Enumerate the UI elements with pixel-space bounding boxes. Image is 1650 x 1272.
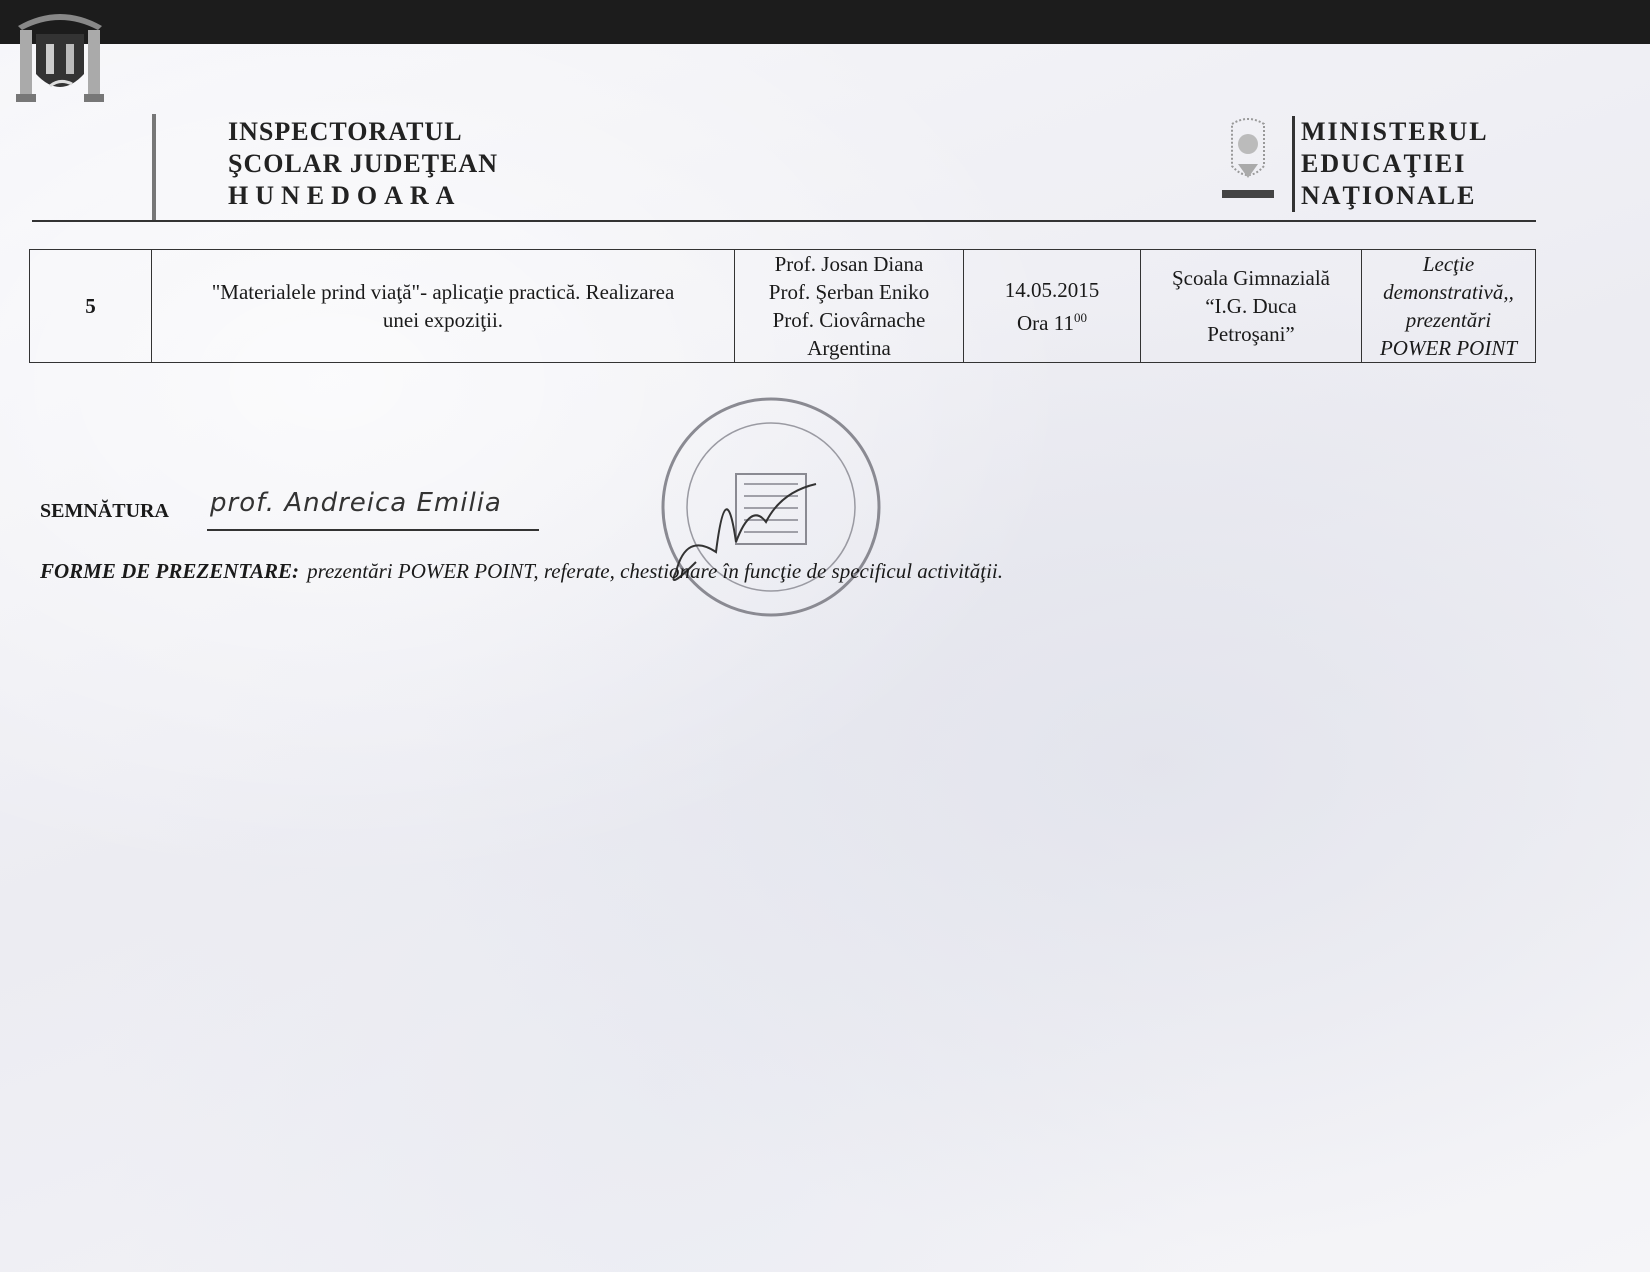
type-line: prezentări xyxy=(1366,306,1531,334)
cell-professors: Prof. Josan Diana Prof. Şerban Eniko Pro… xyxy=(735,250,964,363)
isj-hunedoara-crest-icon xyxy=(10,4,110,104)
cell-activity-type: Lecţie demonstrativă,, prezentări POWER … xyxy=(1362,250,1536,363)
cell-school: Şcoala Gimnazială “I.G. Duca Petroşani” xyxy=(1141,250,1362,363)
professor-line: Prof. Şerban Eniko xyxy=(739,278,959,306)
men-title-line3: NAŢIONALE xyxy=(1301,180,1489,212)
isj-title-line2: ŞCOLAR JUDEŢEAN xyxy=(228,148,498,180)
activity-table: 5 "Materialele prind viaţă"- aplicaţie p… xyxy=(29,249,1536,363)
time-minutes: 00 xyxy=(1074,310,1087,325)
men-title: MINISTERUL EDUCAŢIEI NAŢIONALE xyxy=(1292,116,1489,212)
romania-coat-of-arms-icon xyxy=(1218,114,1278,210)
signature-line xyxy=(207,529,539,531)
activity-title-line1: "Materialele prind viaţă"- aplicaţie pra… xyxy=(156,278,730,306)
handwritten-signature: prof. Andreica Emilia xyxy=(210,488,502,518)
type-line: POWER POINT xyxy=(1366,334,1531,362)
professor-line: Prof. Josan Diana xyxy=(739,250,959,278)
school-line: Şcoala Gimnazială xyxy=(1145,264,1357,292)
signature-label: SEMNĂTURA xyxy=(40,500,169,523)
presentation-forms: FORME DE PREZENTARE:prezentări POWER POI… xyxy=(40,559,1003,584)
school-line: “I.G. Duca xyxy=(1145,292,1357,320)
header-divider-left xyxy=(152,114,156,220)
cell-activity-title: "Materialele prind viaţă"- aplicaţie pra… xyxy=(152,250,735,363)
presentation-forms-text: prezentări POWER POINT, referate, chesti… xyxy=(307,559,1003,583)
cell-number: 5 xyxy=(30,250,152,363)
type-line: demonstrativă,, xyxy=(1366,278,1531,306)
activity-date: 14.05.2015 xyxy=(968,276,1136,304)
school-line: Petroşani” xyxy=(1145,320,1357,348)
professor-line: Prof. Ciovârnache xyxy=(739,306,959,334)
isj-title-line1: INSPECTORATUL xyxy=(228,116,498,148)
men-title-line2: EDUCAŢIEI xyxy=(1301,148,1489,180)
activity-time: Ora 1100 xyxy=(968,304,1136,337)
isj-title: INSPECTORATUL ŞCOLAR JUDEŢEAN HUNEDOARA xyxy=(228,116,498,212)
isj-title-line3: HUNEDOARA xyxy=(228,180,498,212)
scan-top-border xyxy=(0,0,1650,44)
time-hour: Ora 11 xyxy=(1017,311,1074,335)
table-row: 5 "Materialele prind viaţă"- aplicaţie p… xyxy=(30,250,1536,363)
type-line: Lecţie xyxy=(1366,250,1531,278)
activity-title-line2: unei expoziţii. xyxy=(156,306,730,334)
official-stamp-icon xyxy=(656,392,886,622)
professor-line: Argentina xyxy=(739,334,959,362)
header-rule xyxy=(32,220,1536,222)
men-title-line1: MINISTERUL xyxy=(1301,116,1489,148)
presentation-forms-label: FORME DE PREZENTARE: xyxy=(40,559,299,583)
cell-date: 14.05.2015 Ora 1100 xyxy=(964,250,1141,363)
